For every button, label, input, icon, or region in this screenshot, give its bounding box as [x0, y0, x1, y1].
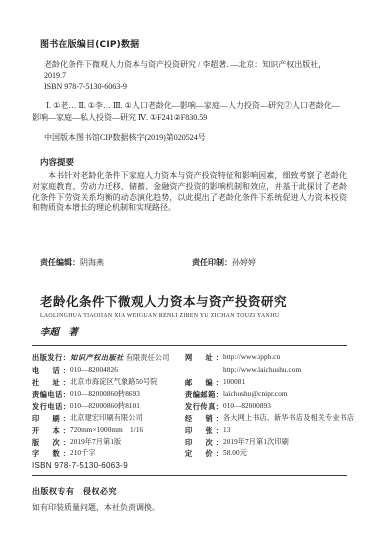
book-title: 老龄化条件下微观人力资本与资产投资研究 [40, 292, 347, 310]
editor-label: 责任编辑： [40, 258, 80, 267]
abstract-header: 内容提要 [40, 156, 347, 168]
pub-row-publishing: 出版发行：知识产权出版社 有限责任公司 网 址：http://www.ipph.… [32, 352, 347, 365]
copyright-page: 图书在版编目(CIP)数据 老龄化条件下微观人力资本与资产投资研究 / 李超著.… [0, 0, 375, 541]
pub-left-cell: 社 址：北京市海淀区气象路50号院 [32, 377, 185, 389]
pub-left-cell: 发行电话：010—82000860转8101 [32, 401, 185, 413]
pub-label: 版 次： [32, 437, 70, 449]
pub-value: 210千字 [70, 449, 96, 457]
pub-right-cell: 责编邮箱：laichushu@cnipr.com [185, 389, 347, 401]
print-run: 2019年7月第1次印刷 [223, 438, 289, 446]
abstract-body: 本书针对老龄化条件下家庭人力资本与资产投资特征和影响因素，细致考察了老龄化对家庭… [32, 171, 347, 214]
pub-label: 出版发行： [32, 352, 70, 364]
pub-right-cell: 网 址：http://www.ipph.cn [185, 352, 347, 365]
quality-notice: 如有印装质量问题，本社负责调换。 [32, 502, 347, 513]
pub-value: 010—82000860转8101 [70, 402, 140, 410]
book-title-pinyin: LAOLINGHUA TIAOJIAN XIA WEIGUAN RENLI ZI… [40, 313, 347, 319]
isbn-line: ISBN 978-7-5130-6063-9 [32, 460, 347, 472]
postcode: 100081 [223, 378, 245, 386]
pub-row-address: 社 址：北京市海淀区气象路50号院 邮 编：100081 [32, 377, 347, 389]
pub-label: 定 价： [185, 448, 223, 460]
pub-right-cell: 定 价：58.00元 [185, 448, 347, 460]
pub-value: 北京建宏印刷有限公司 [70, 414, 143, 422]
editor-credit: 责任编辑：阴海燕 [40, 257, 192, 268]
title-block: 老龄化条件下微观人力资本与资产投资研究 LAOLINGHUA TIAOJIAN … [40, 292, 347, 338]
pub-value: 010—82000860转8693 [70, 390, 140, 398]
pub-left-cell: 出版发行：知识产权出版社 有限责任公司 [32, 352, 185, 365]
pub-row-printing: 印 刷：北京建宏印刷有限公司 经 销：各大网上书店、新华书店及相关专业书店 [32, 413, 347, 425]
pub-right-cell: http://www.laichushu.com [185, 365, 347, 377]
cip-classification: Ⅰ. ①老… Ⅱ. ①李… Ⅲ. ①人口老龄化—影响—家庭—人力投资—研究②人口… [32, 100, 347, 123]
pub-label: 开 本： [32, 425, 70, 437]
pub-label: 社 址： [32, 377, 70, 389]
pub-label: 邮 编： [185, 377, 223, 389]
divider-bottom [32, 475, 347, 476]
pub-value: 720mm×1000mm 1/16 [70, 426, 143, 434]
pub-right-cell: 印 张：13 [185, 425, 347, 437]
distribution-channels: 各大网上书店、新华书店及相关专业书店 [223, 414, 354, 422]
pub-value: 2019年7月第1版 [70, 438, 121, 446]
pub-label: 经 销： [185, 413, 223, 425]
pub-left-cell: 开 本：720mm×1000mm 1/16 [32, 425, 185, 437]
pub-row-format: 开 本：720mm×1000mm 1/16 印 张：13 [32, 425, 347, 437]
editor-name: 阴海燕 [80, 258, 104, 267]
isbn-number: ISBN 978-7-5130-6063-9 [32, 460, 128, 472]
divider-top [32, 345, 347, 346]
fax-number: 010—82000893 [223, 402, 271, 410]
pub-value: 有限责任公司 [124, 354, 170, 362]
copyright-notice: 出版权专有 侵权必究 [32, 486, 347, 497]
pub-label: 责编邮箱： [185, 389, 223, 401]
cip-record-line1: 老龄化条件下微观人力资本与资产投资研究 / 李超著. —北京：知识产权出版社，2… [44, 59, 347, 81]
pub-label: 印 刷： [32, 413, 70, 425]
pub-label: 发行电话： [32, 401, 70, 413]
website-url: http://www.ipph.cn [223, 353, 280, 361]
printer-label: 责任印制： [192, 258, 232, 267]
staff-credits: 责任编辑：阴海燕 责任印制：孙婷婷 [40, 257, 347, 268]
book-author: 李超 著 [40, 324, 347, 338]
pub-label: 印 次： [185, 437, 223, 449]
pub-left-cell: 版 次：2019年7月第1版 [32, 437, 185, 449]
cip-registry-number: 中国版本图书馆CIP数据核字(2019)第020524号 [44, 132, 347, 143]
publisher-info: 出版发行：知识产权出版社 有限责任公司 网 址：http://www.ipph.… [32, 352, 347, 472]
pub-right-cell: 印 次：2019年7月第1次印刷 [185, 437, 347, 449]
pub-value: 北京市海淀区气象路50号院 [70, 378, 158, 386]
cip-header: 图书在版编目(CIP)数据 [40, 37, 347, 50]
pub-left-cell: 印 刷：北京建宏印刷有限公司 [32, 413, 185, 425]
pub-value: 010—82004826 [70, 366, 118, 374]
cip-record: 老龄化条件下微观人力资本与资产投资研究 / 李超著. —北京：知识产权出版社，2… [44, 59, 347, 92]
pub-right-cell: 发行传真：010—82000893 [185, 401, 347, 413]
pub-row-wordcount: 字 数：210千字 定 价：58.00元 [32, 448, 347, 460]
pub-label: 电 话： [32, 365, 70, 377]
editor-email: laichushu@cnipr.com [223, 390, 288, 398]
pub-label: 网 址： [185, 352, 223, 364]
sheet-count: 13 [223, 426, 230, 434]
pub-right-cell: 经 销：各大网上书店、新华书店及相关专业书店 [185, 413, 354, 425]
pub-row-editor-phone: 责编电话：010—82000860转8693 责编邮箱：laichushu@cn… [32, 389, 347, 401]
printer-name: 孙婷婷 [232, 258, 256, 267]
price: 58.00元 [223, 449, 247, 457]
pub-label: 印 张： [185, 425, 223, 437]
pub-left-cell: 字 数：210千字 [32, 448, 185, 460]
pub-label: 字 数： [32, 448, 70, 460]
pub-label: 责编电话： [32, 389, 70, 401]
pub-row-distribution-phone: 发行电话：010—82000860转8101 发行传真：010—82000893 [32, 401, 347, 413]
publisher-logo-script: 知识产权出版社 [70, 353, 124, 362]
pub-left-cell: 责编电话：010—82000860转8693 [32, 389, 185, 401]
cip-record-isbn: ISBN 978-7-5130-6063-9 [44, 81, 347, 92]
website-url-2: http://www.laichushu.com [223, 366, 301, 374]
pub-row-edition: 版 次：2019年7月第1版 印 次：2019年7月第1次印刷 [32, 437, 347, 449]
pub-left-cell: 电 话：010—82004826 [32, 365, 185, 377]
pub-row-phone: 电 话：010—82004826 http://www.laichushu.co… [32, 365, 347, 377]
printer-credit: 责任印制：孙婷婷 [192, 257, 344, 268]
pub-right-cell: 邮 编：100081 [185, 377, 347, 389]
pub-label: 发行传真： [185, 401, 223, 413]
